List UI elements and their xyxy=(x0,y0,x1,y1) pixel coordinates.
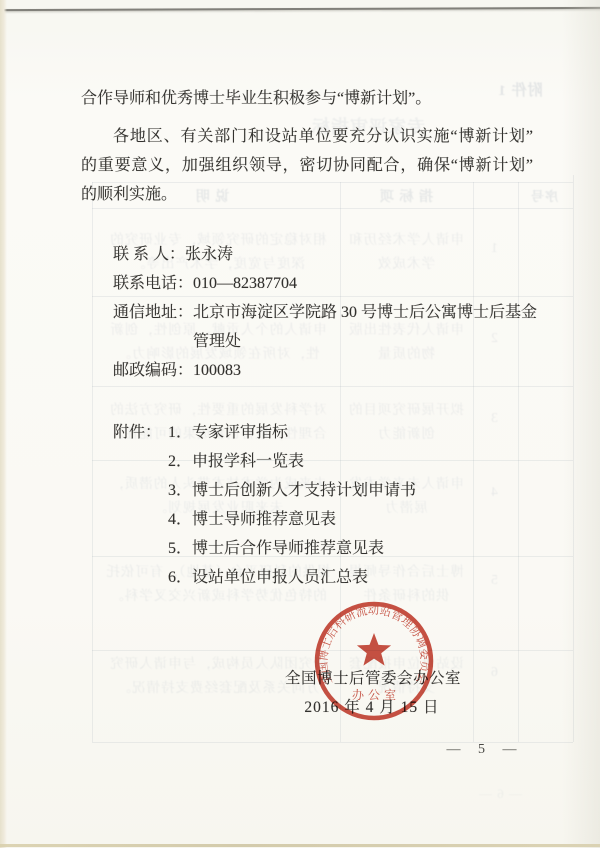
contact-address-label: 通信地址： xyxy=(113,298,193,327)
contact-person-row: 联 系 人：张永涛 xyxy=(113,240,543,269)
contact-phone-label: 联系电话： xyxy=(113,269,193,298)
official-seal: 全国博士后科研流动站管理协调委员会 办公室 xyxy=(313,600,435,722)
contact-address-value: 北京市海淀区学院路 30 号博士后公寓博士后基金管理处 xyxy=(193,298,537,356)
attachments-label: 附件： xyxy=(113,418,168,447)
scanned-document-page: 附件 1专家评审指标说 明指 标 项序号申请人学术经历和学术成效相对稳定的研究领… xyxy=(0,0,600,848)
body-text-line: 的顺利实施。 xyxy=(81,180,533,209)
attachment-item: 2．申报学科一览表 xyxy=(168,447,416,476)
bleed-through-text: 5 xyxy=(490,572,498,588)
bleed-through-text: 3 xyxy=(490,410,498,426)
bleed-through-text: 对学科发展的重要性，研究方法的 xyxy=(109,398,327,418)
bleed-through-text: 拟开展研究项目的 xyxy=(348,398,464,418)
page-number: — 5 — xyxy=(430,742,540,758)
contact-person-label: 联 系 人： xyxy=(113,240,185,269)
body-paragraph: 各地区、有关部门和设站单位要充分认识实施“博新计划” 的重要意义，加强组织领导，… xyxy=(81,122,533,209)
seal-bottom-text: 办公室 xyxy=(352,687,400,702)
contact-postcode-row: 邮政编码：100083 xyxy=(113,356,543,385)
contact-postcode-value: 100083 xyxy=(193,356,241,385)
attachment-item: 6．设站单位申报人员汇总表 xyxy=(168,563,416,592)
attachment-item: 4．博士导师推荐意见表 xyxy=(168,505,416,534)
bleed-through-text: — 6 — xyxy=(478,786,522,802)
body-text-line: 合作导师和优秀博士毕业生积极参与“博新计划”。 xyxy=(81,84,533,113)
bleed-through-text: 4 xyxy=(490,484,498,500)
attachment-item: 1．专家评审指标 xyxy=(168,418,416,447)
contact-person-value: 张永涛 xyxy=(185,240,233,269)
contact-phone-value: 010—82387704 xyxy=(193,269,297,298)
bleed-through-text: 6 xyxy=(490,664,498,680)
attachment-item: 5．博士后合作导师推荐意见表 xyxy=(168,534,416,563)
body-paragraph-continuation: 合作导师和优秀博士毕业生积极参与“博新计划”。 xyxy=(81,84,533,113)
bleed-through-table-line xyxy=(92,182,93,742)
seal-star-icon xyxy=(357,633,391,666)
attachments-block: 附件： 1．专家评审指标 2．申报学科一览表 3．博士后创新人才支持计划申请书 … xyxy=(113,418,416,592)
bleed-through-text: 序号 xyxy=(530,186,558,205)
contact-address-row: 通信地址：北京市海淀区学院路 30 号博士后公寓博士后基金管理处 xyxy=(113,298,543,356)
contact-block: 联 系 人：张永涛 联系电话：010—82387704 通信地址：北京市海淀区学… xyxy=(113,240,543,385)
contact-phone-row: 联系电话：010—82387704 xyxy=(113,269,543,298)
attachments-list: 1．专家评审指标 2．申报学科一览表 3．博士后创新人才支持计划申请书 4．博士… xyxy=(168,418,416,592)
bleed-through-table-line xyxy=(92,386,573,387)
body-text-line: 各地区、有关部门和设站单位要充分认识实施“博新计划” xyxy=(81,122,533,151)
bleed-through-table-line xyxy=(573,175,574,742)
contact-postcode-label: 邮政编码： xyxy=(113,356,193,385)
attachment-item: 3．博士后创新人才支持计划申请书 xyxy=(168,476,416,505)
body-text-line: 的重要意义，加强组织领导，密切协同配合，确保“博新计划” xyxy=(81,151,533,180)
